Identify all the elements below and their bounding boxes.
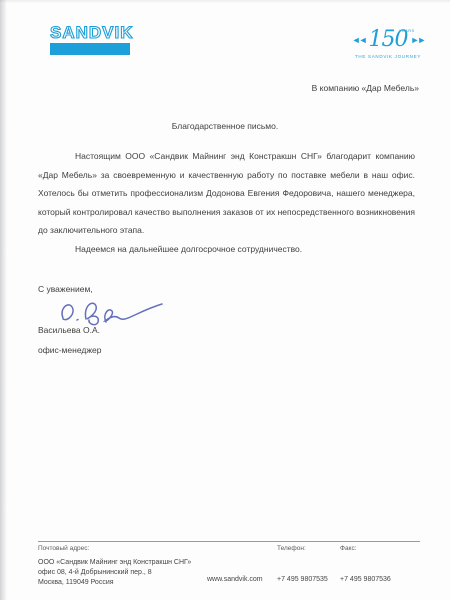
phone-number: +7 495 9807535	[277, 576, 328, 583]
sandvik-logo: SANDVIK	[50, 24, 134, 55]
scan-edge-shadow-top	[0, 0, 450, 3]
handwritten-signature	[52, 293, 167, 329]
letter-title: Благодарственное письмо.	[0, 121, 450, 131]
anniversary-tagline: THE SANDVIK JOURNEY	[352, 54, 424, 59]
website-url: www.sandvik.com	[207, 576, 263, 583]
signer-name: Васильева О.А.	[38, 325, 100, 335]
body-paragraph: Надеемся на дальнейшее долгосрочное сотр…	[38, 240, 415, 259]
postal-address-label: Почтовый адрес:	[38, 545, 89, 552]
scan-edge-shadow	[0, 0, 7, 600]
anniversary-150-row: ◄◄ 150 YEARS ►►	[352, 27, 424, 53]
phone-label: Телефон:	[277, 545, 306, 552]
signer-role: офис-менеджер	[38, 345, 101, 355]
anniversary-150-logo: ◄◄ 150 YEARS ►► THE SANDVIK JOURNEY	[352, 27, 424, 59]
sandvik-logo-bar	[50, 43, 130, 55]
recipient-line: В компанию «Дар Мебель»	[312, 83, 419, 93]
address-line: Москва, 119049 Россия	[38, 578, 191, 588]
left-arrows-icon: ◄◄	[352, 36, 366, 45]
sandvik-wordmark: SANDVIK	[50, 24, 134, 42]
fax-label: Факс:	[340, 545, 357, 552]
postal-address: ООО «Сандвик Майнинг энд Констракшн СНГ»…	[38, 558, 191, 588]
footer-divider	[38, 541, 420, 542]
address-line: ООО «Сандвик Майнинг энд Констракшн СНГ»	[38, 558, 191, 568]
letter-page: SANDVIK ◄◄ 150 YEARS ►► THE SANDVIK JOUR…	[0, 0, 450, 600]
letter-body: Настоящим ООО «Сандвик Майнинг энд Конст…	[38, 147, 415, 258]
body-paragraph: Настоящим ООО «Сандвик Майнинг энд Конст…	[38, 147, 415, 240]
anniversary-years-label: YEARS	[399, 28, 415, 33]
right-arrows-icon: ►►	[411, 36, 425, 45]
fax-number: +7 495 9807536	[340, 576, 391, 583]
address-line: офис 08, 4-й Добрынинский пер., 8	[38, 568, 191, 578]
